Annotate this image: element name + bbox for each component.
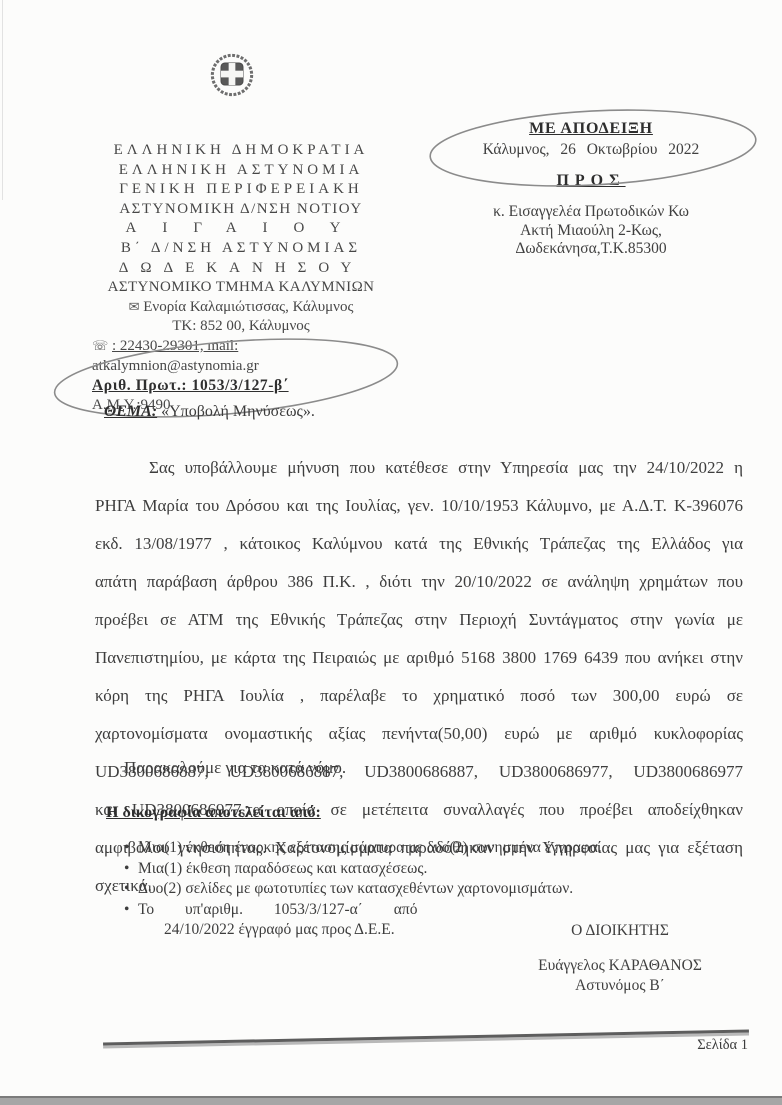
scan-bottom-bar xyxy=(0,1096,782,1105)
org-line-dodecanese: ΔΩΔΕΚΑΝΗΣΟΥ xyxy=(88,259,394,279)
scan-edge-artifact xyxy=(2,0,3,200)
list-item: •Μια(1) έκθεση παραδόσεως και κατασχέσεω… xyxy=(124,859,684,880)
recipient-name: κ. Εισαγγελέα Πρωτοδικών Κω xyxy=(424,203,758,222)
list-item-text: Το υπ'αριθμ. 1053/3/127-α΄ από xyxy=(138,901,417,918)
receipt-circle-annotation xyxy=(425,104,765,196)
signature-rank: Αστυνόμος Β΄ xyxy=(500,977,740,995)
org-line-directorate: ΑΣΤΥΝΟΜΙΚΗ Δ/ΝΣΗ ΝΟΤΙΟΥ xyxy=(88,200,394,220)
list-item: •Το υπ'αριθμ. 1053/3/127-α΄ από xyxy=(124,900,684,921)
letterhead-address: ✉ Ενορία Καλαμιώτισσας, Κάλυμνος xyxy=(88,298,394,318)
body-line: χαρτονομίσματα ονομαστικής αξίας πενήντα… xyxy=(95,715,743,753)
body-line: ΡΗΓΑ Μαρία του Δρόσου και της Ιουλίας, γ… xyxy=(95,487,743,525)
subject-text: «Υποβολή Μηνύσεως». xyxy=(161,403,315,420)
recipient-street: Ακτή Μιαούλη 2-Κως, xyxy=(424,222,758,241)
bullet-icon: • xyxy=(124,838,138,859)
body-line: εκδ. 13/08/1977 , κάτοικος Καλύμνου κατά… xyxy=(95,525,743,563)
list-item: •Μια(1) έκθεση ένορκης εξέτασης μάρτυρα … xyxy=(124,838,684,859)
body-line: Πανεπιστημίου, με κάρτα της Πειραιώς με … xyxy=(95,639,743,677)
recipient-postal: Δωδεκάνησα,Τ.Κ.85300 xyxy=(424,240,758,259)
body-line: κόρη της ΡΗΓΑ Ιουλία , παρέλαβε το χρημα… xyxy=(95,677,743,715)
org-line-regional: ΓΕΝΙΚΗ ΠΕΡΙΦΕΡΕΙΑΚΗ xyxy=(88,180,394,200)
envelope-icon: ✉ xyxy=(129,300,140,315)
body-line: απάτη παράβαση άρθρου 386 Π.Κ. , διότι τ… xyxy=(95,563,743,601)
recipient-block: κ. Εισαγγελέα Πρωτοδικών Κω Ακτή Μιαούλη… xyxy=(424,203,758,259)
closing-line: Παρακαλούμε για τα κατά νόμο. xyxy=(124,758,346,778)
subject-label: ΘΕΜΑ: xyxy=(104,403,157,420)
org-line-aegean: ΑΙΓΑΙΟΥ xyxy=(88,219,394,239)
org-line-station: ΑΣΤΥΝΟΜΙΚΟ ΤΜΗΜΑ ΚΑΛΥΜΝΙΩΝ xyxy=(88,278,394,298)
body-paragraph: Σας υποβάλλουμε μήνυση που κατέθεσε στην… xyxy=(95,449,743,905)
list-item-text: Δυο(2) σελίδες με φωτοτυπίες των κατασχε… xyxy=(138,880,573,897)
org-line-bdivision: Β΄ Δ/ΝΣΗ ΑΣΤΥΝΟΜΙΑΣ xyxy=(88,239,394,259)
signature-title: Ο ΔΙΟΙΚΗΤΗΣ xyxy=(500,922,740,940)
bullet-icon: • xyxy=(124,879,138,900)
bullet-icon: • xyxy=(124,900,138,921)
list-item: •Δυο(2) σελίδες με φωτοτυπίες των κατασχ… xyxy=(124,879,684,900)
letterhead-address-text: Ενορία Καλαμιώτισσας, Κάλυμνος xyxy=(143,299,353,315)
page-number: Σελίδα 1 xyxy=(600,1037,748,1054)
bullet-icon: • xyxy=(124,859,138,880)
org-line-police: ΕΛΛΗΝΙΚΗ ΑΣΤΥΝΟΜΙΑ xyxy=(88,161,394,181)
body-line: προέβει σε ΑΤΜ της Εθνικής Τράπεζας στην… xyxy=(95,601,743,639)
body-line: Σας υποβάλλουμε μήνυση που κατέθεσε στην… xyxy=(95,449,743,487)
scanned-police-letter: { "icons": { "emblem": "greek-coat-of-ar… xyxy=(0,0,782,1105)
subject-line: ΘΕΜΑ: «Υποβολή Μηνύσεως». xyxy=(104,403,315,421)
org-line-republic: ΕΛΛΗΝΙΚΗ ΔΗΜΟΚΡΑΤΙΑ xyxy=(88,141,394,161)
greek-coat-of-arms-icon xyxy=(209,52,255,98)
dossier-heading: Η δικογραφία αποτελείται από: xyxy=(100,804,325,822)
signature-block: Ο ΔΙΟΙΚΗΤΗΣ Ευάγγελος ΚΑΡΑΘΑΝΟΣ Αστυνόμο… xyxy=(500,922,740,995)
list-item-text: Μια(1) έκθεση ένορκης εξέτασης μάρτυρα μ… xyxy=(138,839,602,856)
signature-name: Ευάγγελος ΚΑΡΑΘΑΝΟΣ xyxy=(500,957,740,975)
list-item-text: Μια(1) έκθεση παραδόσεως και κατασχέσεως… xyxy=(138,860,427,877)
